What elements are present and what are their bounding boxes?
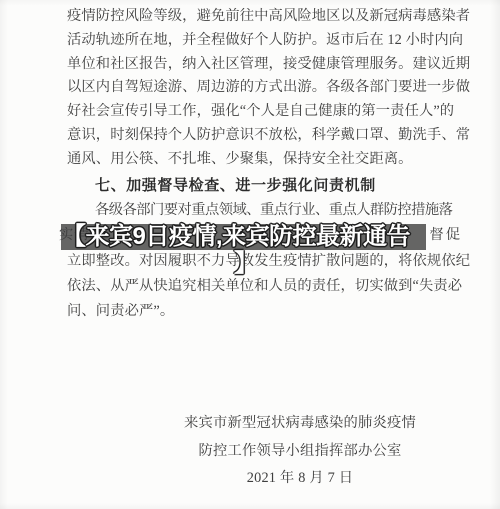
headline-closing-bracket: 】	[234, 249, 258, 279]
paragraph-prevention-advice: 疫情防控风险等级，避免前往中高风险地区以及新冠病毒感染者 活动轨迹所在地，并全程…	[67, 5, 446, 172]
signature-org-line1: 来宾市新型冠状病毒感染的肺炎疫情	[180, 410, 420, 438]
body-line: 意识，时刻保持个人防护意识不放松，科学戴口罩、勤洗手、常	[67, 124, 446, 148]
signature-block: 来宾市新型冠状病毒感染的肺炎疫情 防控工作领导小组指挥部办公室 2021 年 8…	[180, 410, 420, 493]
body-line: 问、问责必严”。	[67, 299, 446, 324]
signature-date: 2021 年 8 月 7 日	[180, 465, 420, 493]
body-line: 疫情防控风险等级，避免前往中高风险地区以及新冠病毒感染者	[67, 5, 446, 29]
signature-org-line2: 防控工作领导小组指挥部办公室	[180, 438, 420, 466]
body-line: 活动轨迹所在地，并全程做好个人防护。返市后在 12 小时内向	[67, 29, 446, 53]
body-line: 以区内自驾短途游、周边游的方式出游。各级各部门要进一步做	[67, 76, 446, 100]
headline-title-text: 【来宾9日疫情,来宾防控最新通告	[62, 224, 410, 250]
covered-line-right-fragment: 督促	[429, 223, 462, 248]
body-line: 好社会宣传引导工作，强化“个人是自己健康的第一责任人”的	[67, 100, 446, 124]
scanned-document-page: 疫情防控风险等级，避免前往中高风险地区以及新冠病毒感染者 活动轨迹所在地，并全程…	[0, 0, 500, 509]
headline-overlay-band: 【来宾9日疫情,来宾防控最新通告	[61, 224, 426, 250]
section-heading: 七、加强督导检查、进一步强化问责机制	[67, 173, 446, 198]
body-line: 单位和社区报告，纳入社区管理，接受健康管理服务。建议近期	[67, 53, 446, 77]
body-line: 各级各部门要对重点领域、重点行业、重点人群防控措施落	[67, 198, 446, 223]
body-line: 通风、用公筷、不扎堆、少聚集，保持安全社交距离。	[67, 148, 446, 172]
